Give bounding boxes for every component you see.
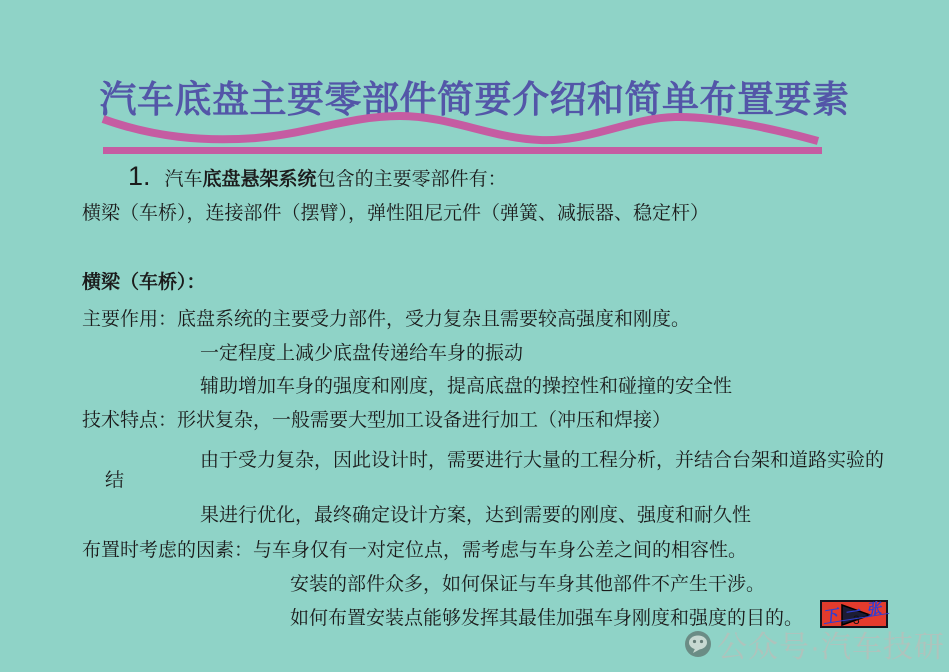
components-line: 横梁（车桥），连接部件（摆臂），弹性阻尼元件（弹簧、减振器、稳定杆） (82, 203, 709, 224)
intro-bold-term: 底盘悬架系统 (203, 169, 317, 190)
body-line: 技术特点：形状复杂，一般需要大型加工设备进行加工（冲压和焊接） (82, 410, 671, 431)
section-heading: 横梁（车桥）： (82, 272, 206, 293)
intro-line: 1. 汽车底盘悬架系统包含的主要零部件有： (128, 161, 507, 192)
slide-number: 3 (853, 613, 860, 627)
watermark: 公众号·汽车技研 (684, 622, 945, 666)
title-underline-rule (103, 147, 822, 154)
body-line: 果进行优化，最终确定设计方案，达到需要的刚度、强度和耐久性 (200, 505, 751, 526)
body-line: 由于受力复杂，因此设计时，需要进行大量的工程分析，并结合台架和道路实验的 (200, 450, 884, 471)
list-number: 1. (128, 161, 151, 192)
watermark-text: 公众号·汽车技研 (717, 622, 945, 666)
body-line: 一定程度上减少底盘传递给车身的振动 (200, 343, 523, 364)
intro-text: 汽车底盘悬架系统包含的主要零部件有： (165, 164, 507, 191)
body-line: 布置时考虑的因素：与车身仅有一对定位点，需考虑与车身公差之间的相容性。 (82, 540, 747, 561)
body-line: 主要作用：底盘系统的主要受力部件，受力复杂且需要较高强度和刚度。 (82, 309, 690, 330)
next-slide-button[interactable]: 3 下一张 (820, 600, 888, 628)
intro-pre: 汽车 (165, 169, 203, 190)
presentation-slide: 汽车底盘主要零部件简要介绍和简单布置要素 1. 汽车底盘悬架系统包含的主要零部件… (0, 0, 949, 672)
wechat-icon (684, 630, 712, 658)
body-line: 安装的部件众多，如何保证与车身其他部件不产生干涉。 (290, 574, 765, 595)
body-line: 辅助增加车身的强度和刚度，提高底盘的操控性和碰撞的安全性 (200, 376, 732, 397)
intro-post: 包含的主要零部件有： (317, 169, 507, 190)
title-underline-wave-icon (98, 111, 828, 147)
body-line: 结 (105, 470, 124, 491)
